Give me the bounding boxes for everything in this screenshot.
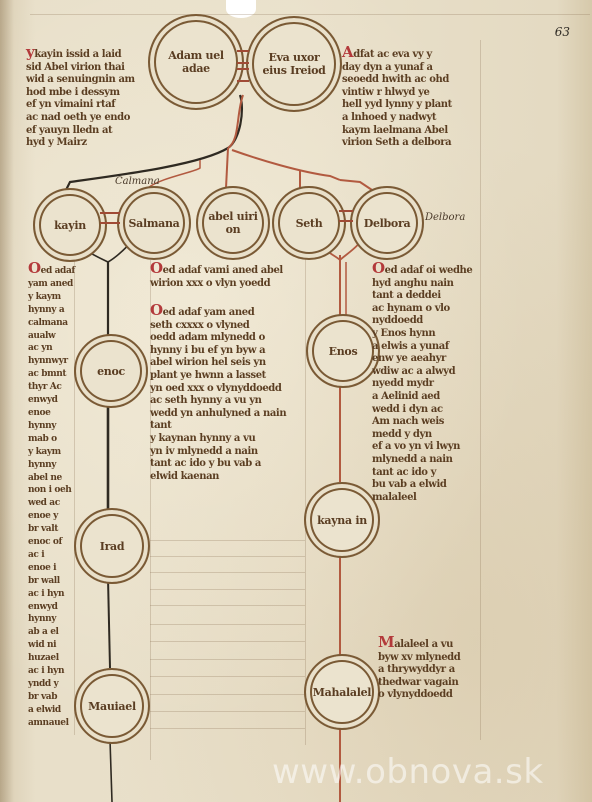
text-block-left-column: Oed adaf yam aned y kaym hynny a calmana… (28, 262, 78, 730)
marriage-link (237, 50, 249, 64)
medallion-label: Irad (92, 540, 133, 553)
medallion-label: Delbora (356, 217, 419, 230)
rubric-initial: O (150, 259, 163, 277)
rubric-initial: O (28, 259, 41, 277)
marriage-link (339, 210, 353, 222)
medallion-delbora: Delbora (350, 186, 424, 260)
medallion-label: Eva uxor eius Ireiod (248, 51, 340, 77)
watermark: www.obnova.sk (272, 752, 544, 792)
medallion-label: kayna in (309, 514, 375, 527)
medallion-enos: Enos (306, 314, 380, 388)
gloss-calmana: Calmana (115, 176, 160, 187)
text-block-middle-1: Oed adaf vami aned abel wirion xxx o vly… (150, 262, 310, 290)
medallion-enoc: enoc (74, 334, 148, 408)
medallion-calmana: Salmana (117, 186, 191, 260)
medallion-irad: Irad (74, 508, 150, 584)
rubric-initial: A (342, 43, 353, 61)
text-block-right-column: Oed adaf oi wedhe hyd anghu nain tant a … (372, 262, 482, 504)
rubric-initial: M (378, 633, 394, 651)
text-block-top-left: ykayin issid a laid sid Abel virion thai… (26, 46, 156, 150)
folio-number: 63 (555, 25, 570, 39)
gloss-delbora: Delbora (425, 212, 465, 223)
text-body: ed adaf yam aned y kaym hynny a calmana … (28, 266, 75, 728)
marriage-link (100, 212, 120, 224)
medallion-seth: Seth (272, 186, 346, 260)
marriage-link (237, 68, 249, 82)
medallion-mahalalel: Mahalalel (304, 654, 380, 730)
text-body: ed adaf oi wedhe hyd anghu nain tant a d… (372, 265, 472, 503)
medallion-kaynan: kayna in (304, 482, 380, 558)
medallion-adam: Adam uel adae (148, 14, 244, 110)
medallion-label: kayin (46, 219, 94, 232)
medallion-eva: Eva uxor eius Ireiod (246, 16, 342, 112)
rubric-initial: O (150, 301, 163, 319)
text-body: dfat ac eva vy y day dyn a yunaf a seoed… (342, 49, 452, 148)
medallion-label: Mauiael (80, 700, 144, 713)
text-block-middle-2: Oed adaf yam aned seth cxxxx o vlyned oe… (150, 304, 310, 483)
medallion-kayin: kayin (33, 188, 107, 262)
text-body: ed adaf yam aned seth cxxxx o vlyned oed… (150, 307, 286, 482)
rubric-initial: O (372, 259, 385, 277)
manuscript-page: Adam uel adae Eva uxor eius Ireiod kayin… (0, 0, 592, 802)
text-body: kayin issid a laid sid Abel virion thai … (26, 49, 135, 148)
medallion-label: Mahalalel (305, 686, 379, 699)
medallion-label: Adam uel adae (150, 49, 242, 75)
medallion-label: Enos (321, 345, 366, 358)
medallion-label: abel uiri on (198, 210, 268, 236)
medallion-mauiael: Mauiael (74, 668, 150, 744)
medallion-label: Seth (288, 217, 331, 230)
text-block-top-right: Adfat ac eva vy y day dyn a yunaf a seoe… (342, 46, 492, 150)
text-body: ed adaf vami aned abel wirion xxx o vlyn… (150, 265, 283, 289)
medallion-abel: abel uiri on (196, 186, 270, 260)
text-block-bottom-right: Malaleel a vu byw xv mlynedd a thrywyddy… (378, 636, 488, 702)
medallion-label: enoc (89, 365, 133, 378)
medallion-label: Salmana (120, 217, 187, 230)
